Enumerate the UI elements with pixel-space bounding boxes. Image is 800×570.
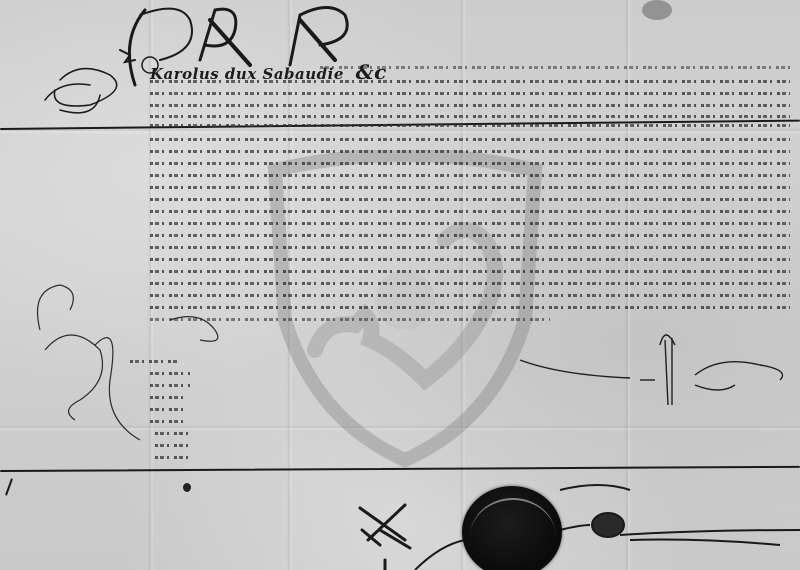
charter-document: Karolus dux Sabaudie &c — [0, 0, 800, 570]
notary-mark-icon — [360, 505, 410, 570]
decorated-initial-icon — [45, 8, 347, 113]
ink-blot — [183, 483, 191, 492]
ducal-signature-icon — [520, 335, 783, 405]
left-flourish-signature-icon — [38, 285, 218, 440]
wax-seal — [462, 486, 562, 570]
ink-strokes-layer — [0, 0, 800, 570]
seal-rim — [470, 498, 556, 570]
stain — [642, 0, 672, 20]
